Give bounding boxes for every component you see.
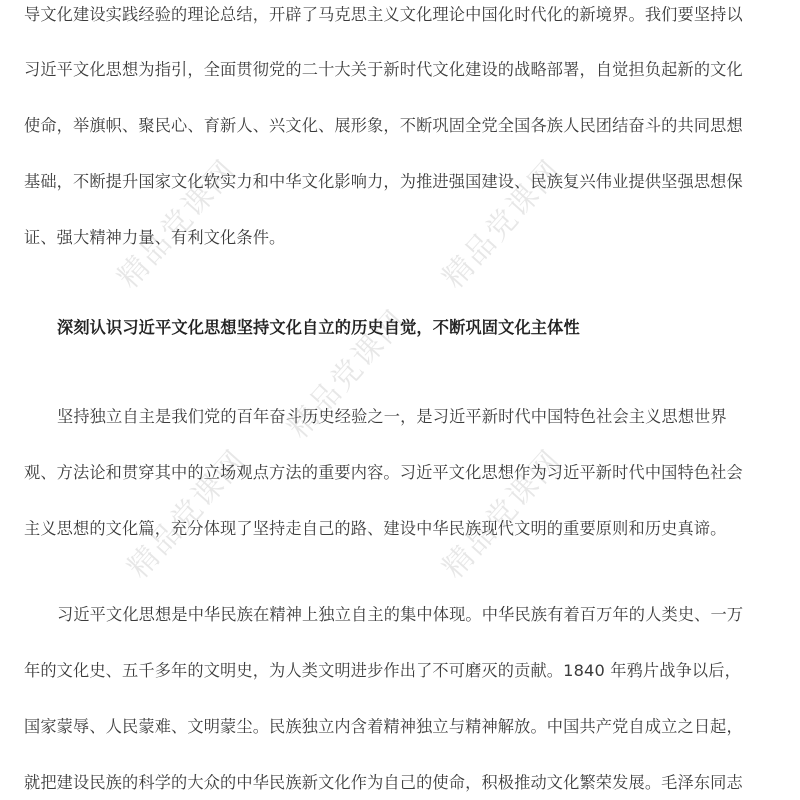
paragraph-line: 国家蒙辱、人民蒙难、文明蒙尘。民族独立内含着精神独立与精神解放。中国共产党自成立…	[24, 716, 784, 738]
paragraph-line: 年的文化史、五千多年的文明史，为人类文明进步作出了不可磨灭的贡献。1840 年鸦…	[24, 660, 784, 682]
watermark: 精品党课网	[115, 438, 255, 586]
paragraph-line: 观、方法论和贯穿其中的立场观点方法的重要内容。习近平文化思想作为习近平新时代中国…	[24, 462, 784, 484]
watermark: 精品党课网	[430, 438, 570, 586]
paragraph-line: 习近平文化思想为指引，全面贯彻党的二十大关于新时代文化建设的战略部署，自觉担负起…	[24, 59, 784, 81]
paragraph-line: 使命，举旗帜、聚民心、育新人、兴文化、展形象，不断巩固全党全国各族人民团结奋斗的…	[24, 115, 784, 137]
section-heading: 深刻认识习近平文化思想坚持文化自立的历史自觉，不断巩固文化主体性	[57, 317, 800, 339]
paragraph-line: 主义思想的文化篇，充分体现了坚持走自己的路、建设中华民族现代文明的重要原则和历史…	[24, 518, 784, 540]
paragraph-line: 习近平文化思想是中华民族在精神上独立自主的集中体现。中华民族有着百万年的人类史、…	[57, 604, 800, 626]
paragraph-line: 就把建设民族的科学的大众的中华民族新文化作为自己的使命，积极推动文化繁荣发展。毛…	[24, 772, 784, 794]
paragraph-line: 证、强大精神力量、有利文化条件。	[24, 227, 784, 249]
paragraph-line: 基础，不断提升国家文化软实力和中华文化影响力，为推进强国建设、民族复兴伟业提供坚…	[24, 171, 784, 193]
document-page: 精品党课网 精品党课网 精品党课网 精品党课网 精品党课网 导文化建设实践经验的…	[0, 0, 800, 800]
paragraph-line: 坚持独立自主是我们党的百年奋斗历史经验之一，是习近平新时代中国特色社会主义思想世…	[57, 406, 800, 428]
paragraph-line: 导文化建设实践经验的理论总结，开辟了马克思主义文化理论中国化时代化的新境界。我们…	[24, 4, 784, 26]
